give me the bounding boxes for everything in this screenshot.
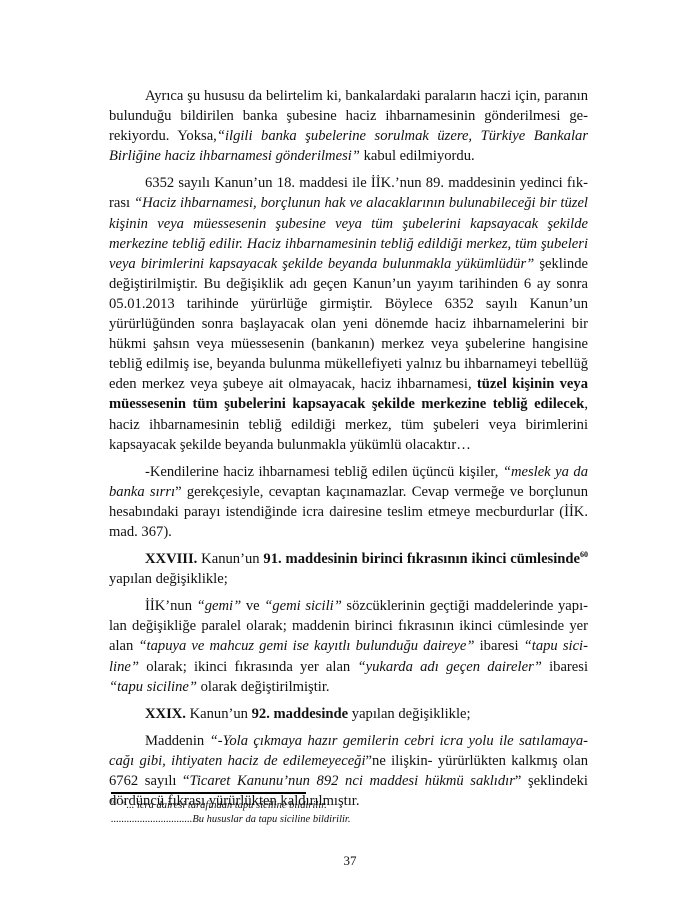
text-run: olarak; ikinci fıkrasında yer alan bbox=[139, 659, 357, 675]
italic-text: “tapu siciline” bbox=[109, 679, 197, 695]
bold-text: 91. maddesinin birinci fıkrasının ikinci… bbox=[263, 551, 580, 567]
bold-text: XXIX. bbox=[145, 706, 186, 722]
italic-text: “Haciz ihbarnamesi, borçlunun hak ve ala… bbox=[109, 195, 588, 271]
text-run: kabul edilmiyordu. bbox=[360, 148, 475, 164]
text-run: -Kendilerine haciz ihbarnamesi tebliğ ed… bbox=[145, 464, 503, 480]
page-number: 37 bbox=[0, 853, 700, 869]
paragraph: 6352 sayılı Kanun’un 18. maddesi ile İİK… bbox=[109, 173, 588, 454]
footnote-separator bbox=[111, 792, 306, 794]
italic-text: “tapuya ve mahcuz gemi ise kayıtlı bulun… bbox=[138, 638, 474, 654]
text-run: şek­linde değiştirilmiştir. Bu değişikli… bbox=[109, 256, 588, 393]
bold-text: XXVIII. bbox=[145, 551, 197, 567]
footnote-number: 60 bbox=[111, 798, 118, 806]
footnote-text: “... icra dairesi tarafından tapu sicili… bbox=[121, 800, 327, 811]
text-run: Kanun’un bbox=[186, 706, 252, 722]
section-heading-paragraph: XXVIII. Kanun’un 91. maddesinin birinci … bbox=[109, 549, 588, 589]
paragraph: Ayrıca şu hususu da belirtelim ki, banka… bbox=[109, 86, 588, 166]
text-run: İİK’nun bbox=[145, 598, 197, 614]
text-run: ibaresi bbox=[475, 638, 524, 654]
text-run: yapılan değişiklikle; bbox=[109, 571, 228, 587]
italic-text: “gemi” bbox=[197, 598, 242, 614]
text-run: Maddenin bbox=[145, 733, 210, 749]
text-run: olarak değiştirilmiştir. bbox=[197, 679, 330, 695]
footnote-line-2: ...............................Bu hususl… bbox=[111, 813, 581, 827]
text-run: Kanun’un bbox=[197, 551, 263, 567]
text-run: ibaresi bbox=[542, 659, 588, 675]
footnote-reference: 60 bbox=[580, 550, 588, 559]
italic-text: “yukarda adı geçen daireler” bbox=[357, 659, 541, 675]
paragraph: -Kendilerine haciz ihbarnamesi tebliğ ed… bbox=[109, 462, 588, 542]
document-page: Ayrıca şu hususu da belirtelim ki, banka… bbox=[0, 0, 700, 917]
italic-text: Ticaret Kanunu’nun 892 nci maddesi hükmü… bbox=[190, 773, 515, 789]
text-run: yapılan değişiklikle; bbox=[348, 706, 470, 722]
body-text: Ayrıca şu hususu da belirtelim ki, banka… bbox=[109, 86, 588, 818]
paragraph: İİK’nun “gemi” ve “gemi sicili” sözcükle… bbox=[109, 596, 588, 696]
text-run: ” gerekçesiyle, cevaptan kaçınamazlar. C… bbox=[109, 484, 588, 540]
footnote-line-1: 60 “... icra dairesi tarafından tapu sic… bbox=[111, 799, 581, 813]
italic-text: “gemi sicili” bbox=[264, 598, 342, 614]
text-run: ve bbox=[241, 598, 264, 614]
section-heading-paragraph: XXIX. Kanun’un 92. maddesinde yapılan de… bbox=[109, 704, 588, 724]
footnotes: 60 “... icra dairesi tarafından tapu sic… bbox=[111, 799, 581, 827]
bold-text: 92. maddesinde bbox=[252, 706, 349, 722]
